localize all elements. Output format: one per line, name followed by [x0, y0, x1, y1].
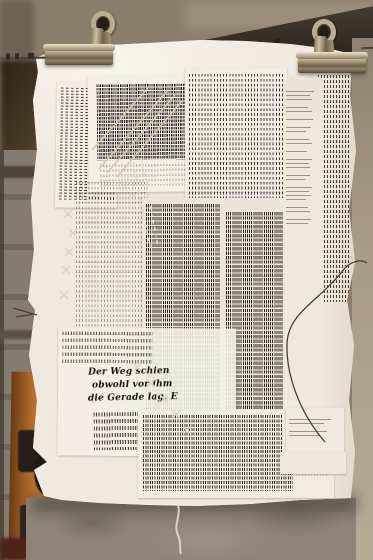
typed-paragraph: [283, 127, 323, 132]
typed-paragraph: [283, 159, 323, 168]
manuscript-fragment-scribbled: [87, 75, 198, 192]
handwritten-line: die Gerade lag. E: [88, 391, 178, 406]
typed-paragraph: [283, 139, 323, 144]
wall-pipe: [0, 330, 32, 339]
wall-right: [352, 38, 373, 560]
bulldog-clip-right: [298, 18, 370, 74]
typed-paragraph: [283, 219, 323, 224]
dense-script-texture: [143, 415, 293, 491]
dark-red-object: [0, 538, 28, 560]
typed-paragraph: [283, 151, 323, 152]
typewritten-strip: [283, 70, 323, 452]
typed-paragraph: [283, 187, 323, 200]
studio-photo: Der Weg schien obwohl vor ihm die Gerade…: [0, 0, 373, 560]
clip-bar: [45, 49, 113, 65]
typed-paragraph: [283, 91, 323, 100]
typed-paragraph: [283, 207, 323, 212]
typed-paragraph: [286, 419, 344, 424]
typed-paragraph: [283, 175, 323, 180]
typed-paragraph: [283, 119, 323, 120]
handmade-paper-sheet: Der Weg schien obwohl vor ihm die Gerade…: [0, 0, 373, 560]
clip-bar: [298, 57, 366, 73]
handwriting-texture: [62, 331, 152, 364]
typed-paragraph: [283, 107, 323, 112]
typed-paragraph: [286, 431, 344, 436]
crossed-out-text-texture: [96, 83, 193, 160]
blank-sheet-corner: [280, 452, 346, 474]
bulldog-clip-left: [45, 12, 117, 68]
